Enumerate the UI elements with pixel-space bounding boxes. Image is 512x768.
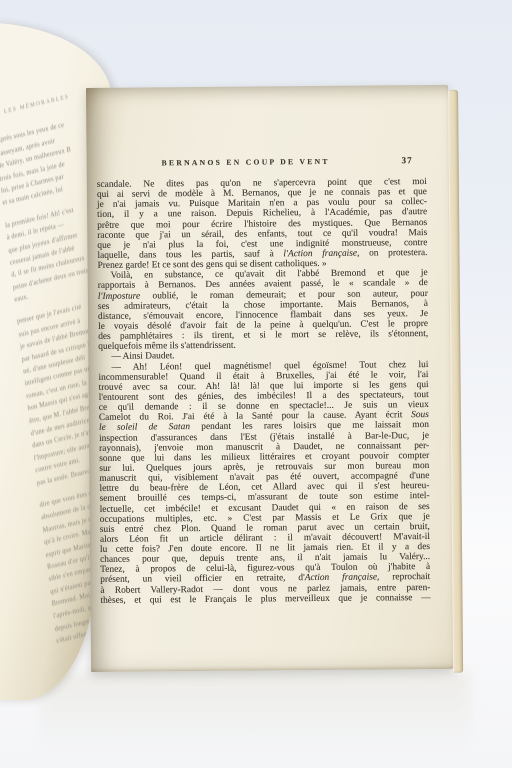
table-reflection xyxy=(40,672,470,752)
text-line: thèses, et qui est le Français le plus m… xyxy=(100,593,430,606)
page-header: BERNANOS EN COUP DE VENT 37 xyxy=(97,156,427,169)
paragraph: Voilà, en substance, ce qu'avait dit l'a… xyxy=(98,268,429,352)
page-text-block: BERNANOS EN COUP DE VENT 37 scandale. Ne… xyxy=(97,156,431,606)
page-number: 37 xyxy=(401,155,412,165)
book-right-page: BERNANOS EN COUP DE VENT 37 scandale. Ne… xyxy=(86,85,453,672)
photo-scene: LES MÉMORABLES exprès sous les yeux de c… xyxy=(0,0,512,768)
running-head: BERNANOS EN COUP DE VENT xyxy=(81,156,411,169)
paragraph: — Ah! Léon! quel magnétisme! quel égoïsm… xyxy=(98,360,430,606)
paragraphs: scandale. Ne dites pas qu'on ne s'aperce… xyxy=(97,177,431,606)
paragraph: scandale. Ne dites pas qu'on ne s'aperce… xyxy=(97,177,428,271)
page-fore-edge xyxy=(448,90,463,673)
